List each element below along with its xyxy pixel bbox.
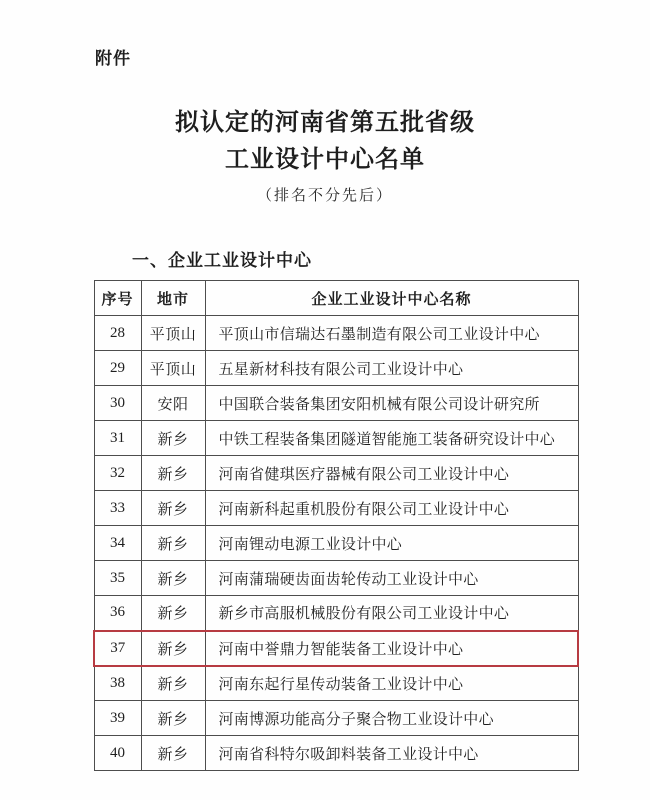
table-row: 38新乡河南东起行星传动装备工业设计中心 <box>94 666 578 701</box>
row-number: 40 <box>94 736 141 771</box>
row-city: 新乡 <box>141 526 205 561</box>
row-number: 29 <box>94 351 141 386</box>
row-city: 新乡 <box>141 561 205 596</box>
table-row: 40新乡河南省科特尔吸卸料装备工业设计中心 <box>94 736 578 771</box>
row-number: 35 <box>94 561 141 596</box>
row-city: 安阳 <box>141 386 205 421</box>
row-center-name: 中国联合装备集团安阳机械有限公司设计研究所 <box>205 386 578 421</box>
table-row: 33新乡河南新科起重机股份有限公司工业设计中心 <box>94 491 578 526</box>
row-city: 新乡 <box>141 701 205 736</box>
row-center-name: 河南博源功能高分子聚合物工业设计中心 <box>205 701 578 736</box>
table-row: 32新乡河南省健琪医疗器械有限公司工业设计中心 <box>94 456 578 491</box>
row-center-name: 新乡市高服机械股份有限公司工业设计中心 <box>205 596 578 631</box>
table-body: 28平顶山平顶山市信瑞达石墨制造有限公司工业设计中心29平顶山五星新材科技有限公… <box>94 316 578 771</box>
row-city: 平顶山 <box>141 351 205 386</box>
row-center-name: 河南新科起重机股份有限公司工业设计中心 <box>205 491 578 526</box>
row-center-name: 河南省科特尔吸卸料装备工业设计中心 <box>205 736 578 771</box>
row-center-name: 中铁工程装备集团隧道智能施工装备研究设计中心 <box>205 421 578 456</box>
row-city: 新乡 <box>141 421 205 456</box>
row-city: 新乡 <box>141 736 205 771</box>
row-number: 28 <box>94 316 141 351</box>
row-number: 30 <box>94 386 141 421</box>
row-city: 平顶山 <box>141 316 205 351</box>
row-center-name: 平顶山市信瑞达石墨制造有限公司工业设计中心 <box>205 316 578 351</box>
row-center-name: 河南蒲瑞硬齿面齿轮传动工业设计中心 <box>205 561 578 596</box>
table-row-highlighted: 37新乡河南中誉鼎力智能装备工业设计中心 <box>94 631 578 666</box>
row-number: 33 <box>94 491 141 526</box>
row-number: 39 <box>94 701 141 736</box>
table-row: 31新乡中铁工程装备集团隧道智能施工装备研究设计中心 <box>94 421 578 456</box>
document-subtitle: （排名不分先后） <box>0 184 650 205</box>
document-title: 拟认定的河南省第五批省级 工业设计中心名单 <box>0 104 650 178</box>
table-row: 35新乡河南蒲瑞硬齿面齿轮传动工业设计中心 <box>94 561 578 596</box>
column-header-city: 地市 <box>141 281 205 316</box>
row-number: 34 <box>94 526 141 561</box>
row-number: 36 <box>94 596 141 631</box>
row-number: 31 <box>94 421 141 456</box>
table-row: 30安阳中国联合装备集团安阳机械有限公司设计研究所 <box>94 386 578 421</box>
row-city: 新乡 <box>141 491 205 526</box>
table-row: 39新乡河南博源功能高分子聚合物工业设计中心 <box>94 701 578 736</box>
row-center-name: 河南锂动电源工业设计中心 <box>205 526 578 561</box>
row-city: 新乡 <box>141 666 205 701</box>
row-number: 38 <box>94 666 141 701</box>
attachment-label: 附件 <box>95 44 131 69</box>
row-center-name: 河南中誉鼎力智能装备工业设计中心 <box>205 631 578 666</box>
document-page: 附件 拟认定的河南省第五批省级 工业设计中心名单 （排名不分先后） 一、企业工业… <box>0 0 650 800</box>
section-heading: 一、企业工业设计中心 <box>132 246 312 271</box>
table-row: 36新乡新乡市高服机械股份有限公司工业设计中心 <box>94 596 578 631</box>
row-city: 新乡 <box>141 456 205 491</box>
row-center-name: 河南省健琪医疗器械有限公司工业设计中心 <box>205 456 578 491</box>
table-row: 34新乡河南锂动电源工业设计中心 <box>94 526 578 561</box>
row-city: 新乡 <box>141 631 205 666</box>
table-row: 28平顶山平顶山市信瑞达石墨制造有限公司工业设计中心 <box>94 316 578 351</box>
row-number: 32 <box>94 456 141 491</box>
document-title-line1: 拟认定的河南省第五批省级 <box>0 104 650 141</box>
column-header-name: 企业工业设计中心名称 <box>205 281 578 316</box>
table-header-row: 序号 地市 企业工业设计中心名称 <box>94 281 578 316</box>
row-city: 新乡 <box>141 596 205 631</box>
row-center-name: 河南东起行星传动装备工业设计中心 <box>205 666 578 701</box>
row-number: 37 <box>94 631 141 666</box>
design-center-table: 序号 地市 企业工业设计中心名称 28平顶山平顶山市信瑞达石墨制造有限公司工业设… <box>93 280 579 771</box>
row-center-name: 五星新材科技有限公司工业设计中心 <box>205 351 578 386</box>
document-title-line2: 工业设计中心名单 <box>0 141 650 178</box>
table-row: 29平顶山五星新材科技有限公司工业设计中心 <box>94 351 578 386</box>
column-header-no: 序号 <box>94 281 141 316</box>
